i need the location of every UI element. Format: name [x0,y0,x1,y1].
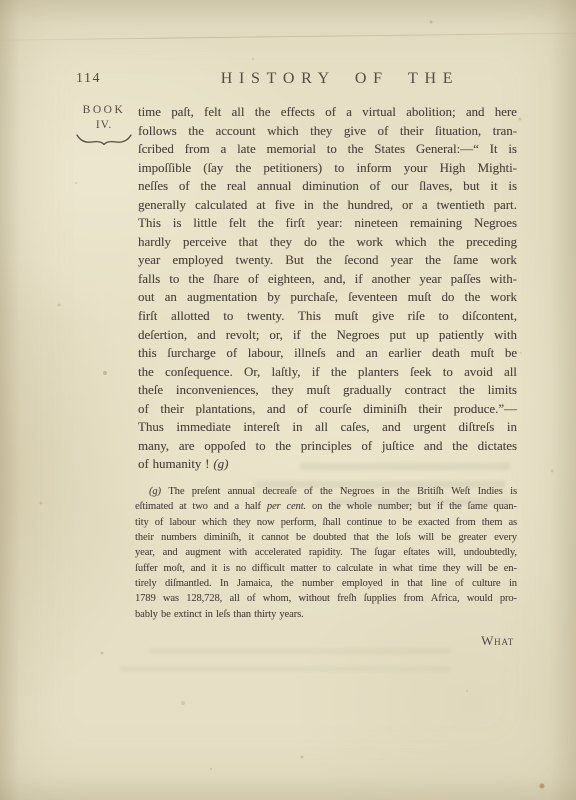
body-text: timepaſt,feltalltheeffectsofavirtualabol… [138,105,517,476]
text-line: theſeinconveniences,theymuſtgraduallycon… [138,383,517,402]
text-line: ofhumanity!(g) [138,457,517,476]
footnote-text: (g)ThepreſentannualdecreaſeoftheNegroesi… [135,486,517,624]
text-line: ſuffermoſt,anditisnodifficultmattertocal… [135,563,517,578]
text-line: generallycalculatedatfiveinthehundred,or… [138,198,517,217]
foxing-spots [0,0,2,2]
text-line: followstheaccountwhichtheygiveoftheirſit… [138,124,517,143]
running-title: HISTORY OF THE [168,70,512,88]
text-line: fallstotheſhareofeighteen,and,ifanothery… [138,272,517,291]
paper-crease [0,32,576,41]
text-line: bablybeextinctinleſsthanthirtyyears. [135,609,517,624]
text-line: many,areoppoſedtotheprinciplesofjuſticea… [138,439,517,458]
margin-note-book: BOOK IV. [74,104,134,145]
text-line: Thisislittlefeltthefirſtyear:nineteenrem… [138,216,517,235]
verso-show-through [120,666,450,672]
verso-show-through [150,648,450,654]
text-line: hardlyperceivethattheydotheworkwhichthep… [138,235,517,254]
page-number: 114 [76,71,101,87]
text-line: year,andaugmentwithacceleratedrapidity.T… [135,547,517,562]
brace-icon [75,133,133,145]
text-line: oftheirplantations,andofcourſediminiſhth… [138,402,517,421]
text-line: outanaugmentationbypurchaſe,ſeventeenmuſ… [138,290,517,309]
book-page: 114 HISTORY OF THE BOOK IV. timepaſt,fel… [0,0,576,800]
text-line: 1789was128,728,allofwhom,withoutfreſhſup… [135,593,517,608]
text-line: (g)ThepreſentannualdecreaſeoftheNegroesi… [135,486,517,501]
text-line: firſtallottedtotwenty.Thismuſtgiveriſeto… [138,309,517,328]
text-line: ſcribedfromalatememorialtotheStatesGener… [138,142,517,161]
book-volume: IV. [74,119,134,131]
text-line: yearemployedtwenty.Buttheſecondyeartheſa… [138,253,517,272]
text-line: theconſequence.Or,laſtly,iftheplantersſe… [138,365,517,384]
catchword: What [481,633,514,649]
text-line: thisſurchargeoflabour,illneſsandanearlie… [138,346,517,365]
text-line: theirnumbersdiminiſh,itcannotbedoubtedth… [135,532,517,547]
text-line: neſſesoftherealannualdiminutionofourſlav… [138,179,517,198]
text-line: deſertion,andrevolt;or,iftheNegroesputup… [138,328,517,347]
text-line: tityoflabourwhichtheynowperform,ſhallcon… [135,517,517,532]
text-line: timepaſt,feltalltheeffectsofavirtualabol… [138,105,517,124]
text-line: tirelydiſmantled.InJamaica,thenumberempl… [135,578,517,593]
text-line: impoſſible(ſaythepetitioners)toinformyou… [138,161,517,180]
text-line: Thusimmediateintereſtinallcaſes,andurgen… [138,420,517,439]
text-line: eſtimatedattwoandahalfpercent.onthewhole… [135,501,517,516]
book-label: BOOK [74,104,134,116]
